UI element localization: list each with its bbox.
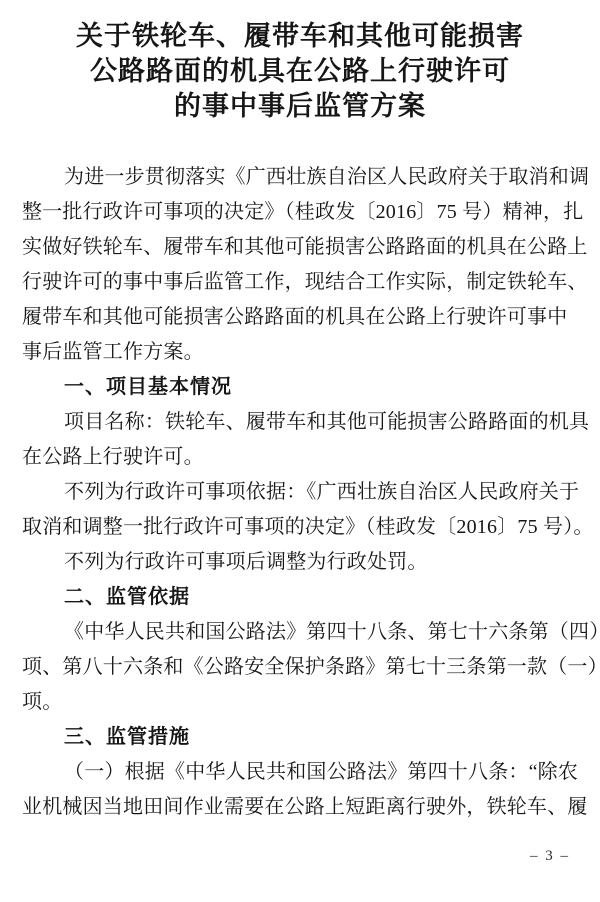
paragraph-line: 取消和调整一批行政许可事项的决定》（桂政发〔2016〕75 号）。 (22, 510, 600, 545)
paragraph-line: 业机械因当地田间作业需要在公路上短距离行驶外，铁轮车、履 (22, 790, 600, 825)
document-page: 关于铁轮车、履带车和其他可能损害 公路路面的机具在公路上行驶许可 的事中事后监管… (0, 0, 600, 902)
page-number: – 3 – (530, 848, 570, 865)
section-heading-3: 三、监管措施 (22, 720, 600, 755)
title-line-3: 的事中事后监管方案 (0, 89, 600, 124)
section-heading-2: 二、监管依据 (22, 580, 600, 615)
paragraph-line: （一）根据《中华人民共和国公路法》第四十八条：“除农 (22, 755, 600, 790)
title-line-2: 公路路面的机具在公路上行驶许可 (0, 54, 600, 89)
section-heading-1: 一、项目基本情况 (22, 370, 600, 405)
paragraph-line: 不列为行政许可事项后调整为行政处罚。 (22, 545, 600, 580)
paragraph-line: 项、第八十六条和《公路安全保护条路》第七十三条第一款（一） (22, 650, 600, 685)
document-title: 关于铁轮车、履带车和其他可能损害 公路路面的机具在公路上行驶许可 的事中事后监管… (0, 19, 600, 124)
title-line-1: 关于铁轮车、履带车和其他可能损害 (0, 19, 600, 54)
paragraph-line: 事后监管工作方案。 (22, 335, 600, 370)
paragraph-line: 行驶许可的事中事后监管工作，现结合工作实际，制定铁轮车、 (22, 265, 600, 300)
paragraph-line: 《中华人民共和国公路法》第四十八条、第七十六条第（四） (22, 615, 600, 650)
paragraph-line: 项。 (22, 685, 600, 720)
paragraph-line: 履带车和其他可能损害公路路面的机具在公路上行驶许可事中 (22, 300, 600, 335)
paragraph-line: 为进一步贯彻落实《广西壮族自治区人民政府关于取消和调 (22, 160, 600, 195)
paragraph-line: 项目名称：铁轮车、履带车和其他可能损害公路路面的机具 (22, 405, 600, 440)
document-body: 为进一步贯彻落实《广西壮族自治区人民政府关于取消和调 整一批行政许可事项的决定》… (22, 160, 600, 825)
paragraph-line: 实做好铁轮车、履带车和其他可能损害公路路面的机具在公路上 (22, 230, 600, 265)
paragraph-line: 在公路上行驶许可。 (22, 440, 600, 475)
paragraph-line: 不列为行政许可事项依据：《广西壮族自治区人民政府关于 (22, 475, 600, 510)
paragraph-line: 整一批行政许可事项的决定》（桂政发〔2016〕75 号）精神，扎 (22, 195, 600, 230)
